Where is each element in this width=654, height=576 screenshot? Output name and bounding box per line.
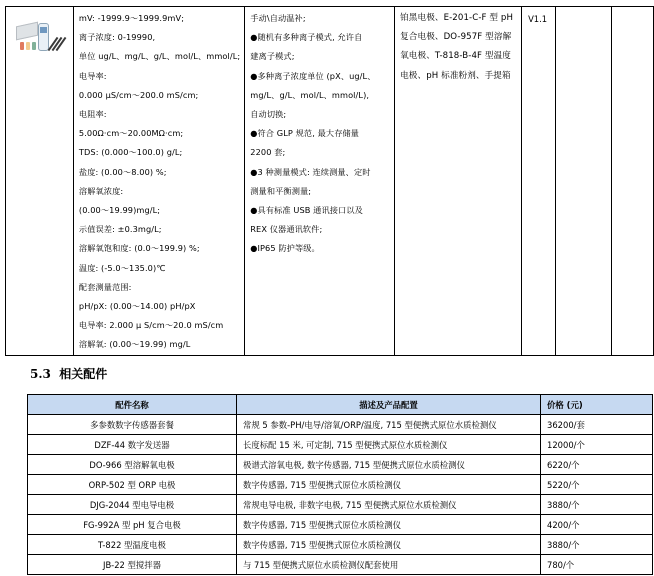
cell-description: 与 715 型便携式原位水质检测仪配套使用 xyxy=(237,555,541,575)
table-row: JB-22 型搅拌器 与 715 型便携式原位水质检测仪配套使用 780/个 xyxy=(28,555,653,575)
spec-row: mV: -1999.9～1999.9mV; 离子浓度: 0-19990, 单位 … xyxy=(6,7,654,356)
feature-line: ●多种离子浓度单位 (pX、ug/L、 xyxy=(250,67,390,86)
cell-price: 36200/套 xyxy=(541,415,653,435)
spec-table: mV: -1999.9～1999.9mV; 离子浓度: 0-19990, 单位 … xyxy=(5,6,654,356)
param-line: 配套测量范围: xyxy=(79,278,240,297)
param-line: 溶解氧: (0.00～19.99) mg/L xyxy=(79,335,240,354)
cell-price: 3880/个 xyxy=(541,535,653,555)
feature-line: ●符合 GLP 规范, 最大存储量 xyxy=(250,124,390,143)
feature-line: 自动切换; xyxy=(250,105,390,124)
param-line: (0.00～19.99)mg/L; xyxy=(79,201,240,220)
param-line: 离子浓度: 0-19990, xyxy=(79,28,240,47)
cell-name: ORP-502 型 ORP 电极 xyxy=(28,475,237,495)
section-number: 5.3 xyxy=(30,367,51,381)
feature-line: mg/L、g/L、mol/L、mmol/L), xyxy=(250,86,390,105)
version-cell: V1.1 xyxy=(522,7,556,356)
accessory-line: 氧电极、T-818-B-4F 型温度 xyxy=(400,47,517,66)
product-image-cell xyxy=(6,7,74,356)
feature-line: 建离子模式; xyxy=(250,47,390,66)
table-row: FG-992A 型 pH 复合电极 数字传感器, 715 型便携式原位水质检测仪… xyxy=(28,515,653,535)
accessory-line: 复合电极、DO-957F 型溶解 xyxy=(400,28,517,47)
table-row: DO-966 型溶解氧电极 极谱式溶氧电极, 数字传感器, 715 型便携式原位… xyxy=(28,455,653,475)
accessory-line: 电极、pH 标准粉剂、手提箱 xyxy=(400,67,517,86)
table-row: DZF-44 数字发送器 长度标配 15 米, 可定制, 715 型便携式原位水… xyxy=(28,435,653,455)
param-line: 0.000 μS/cm～200.0 mS/cm; xyxy=(79,86,240,105)
features-cell: 手动\自动温补; ●随机有多种离子模式, 允许自 建离子模式; ●多种离子浓度单… xyxy=(245,7,395,356)
cell-name: DJG-2044 型电导电极 xyxy=(28,495,237,515)
cell-description: 极谱式溶氧电极, 数字传感器, 715 型便携式原位水质检测仪 xyxy=(237,455,541,475)
parameters-cell: mV: -1999.9～1999.9mV; 离子浓度: 0-19990, 单位 … xyxy=(73,7,244,356)
cell-price: 780/个 xyxy=(541,555,653,575)
param-line: mV: -1999.9～1999.9mV; xyxy=(79,9,240,28)
cell-name: JB-22 型搅拌器 xyxy=(28,555,237,575)
version-text: V1.1 xyxy=(522,7,555,27)
feature-line: 2200 套; xyxy=(250,143,390,162)
feature-line: ●3 种测量模式: 连续测量、定时 xyxy=(250,163,390,182)
feature-line: REX 仪器通讯软件; xyxy=(250,220,390,239)
table-row: DJG-2044 型电导电极 常规电导电极, 非数字电极, 715 型便携式原位… xyxy=(28,495,653,515)
param-line: pH/pX: (0.00～14.00) pH/pX xyxy=(79,297,240,316)
param-line: 温度: (-5.0～135.0)℃ xyxy=(79,259,240,278)
included-accessories-cell: 铂黑电极、E-201-C-F 型 pH 复合电极、DO-957F 型溶解 氧电极… xyxy=(395,7,522,356)
cell-price: 4200/个 xyxy=(541,515,653,535)
accessory-line: 铂黑电极、E-201-C-F 型 pH xyxy=(400,9,517,28)
cell-name: T-822 型温度电极 xyxy=(28,535,237,555)
cell-description: 常规 5 参数-PH/电导/溶氧/ORP/温度, 715 型便携式原位水质检测仪 xyxy=(237,415,541,435)
cell-description: 数字传感器, 715 型便携式原位水质检测仪 xyxy=(237,515,541,535)
param-line: 示值误差: ±0.3mg/L; xyxy=(79,220,240,239)
cell-description: 长度标配 15 米, 可定制, 715 型便携式原位水质检测仪 xyxy=(237,435,541,455)
feature-line: ●具有标准 USB 通讯接口以及 xyxy=(250,201,390,220)
param-line: 电阻率: xyxy=(79,105,240,124)
header-description: 描述及产品配置 xyxy=(237,395,541,415)
cell-name: 多参数数字传感器套餐 xyxy=(28,415,237,435)
cell-name: DZF-44 数字发送器 xyxy=(28,435,237,455)
table-row: T-822 型温度电极 数字传感器, 715 型便携式原位水质检测仪 3880/… xyxy=(28,535,653,555)
empty-cell-1 xyxy=(555,7,611,356)
product-image xyxy=(14,20,66,56)
param-line: 盐度: (0.00～8.00) %; xyxy=(79,163,240,182)
section-title: 相关配件 xyxy=(59,367,107,381)
feature-line: ●随机有多种离子模式, 允许自 xyxy=(250,28,390,47)
accessories-table: 配件名称 描述及产品配置 价格 (元) 多参数数字传感器套餐 常规 5 参数-P… xyxy=(27,394,653,575)
cell-price: 3880/个 xyxy=(541,495,653,515)
cell-price: 5220/个 xyxy=(541,475,653,495)
cell-description: 常规电导电极, 非数字电极, 715 型便携式原位水质检测仪 xyxy=(237,495,541,515)
empty-cell-2 xyxy=(612,7,654,356)
param-line: TDS: (0.000～100.0) g/L; xyxy=(79,143,240,162)
param-line: 电导率: 2.000 μ S/cm～20.0 mS/cm xyxy=(79,316,240,335)
param-line: 电导率: xyxy=(79,67,240,86)
table-row: 多参数数字传感器套餐 常规 5 参数-PH/电导/溶氧/ORP/温度, 715 … xyxy=(28,415,653,435)
table-row: ORP-502 型 ORP 电极 数字传感器, 715 型便携式原位水质检测仪 … xyxy=(28,475,653,495)
feature-line: 手动\自动温补; xyxy=(250,9,390,28)
cell-description: 数字传感器, 715 型便携式原位水质检测仪 xyxy=(237,535,541,555)
feature-line: ●IP65 防护等级。 xyxy=(250,239,390,258)
features-list: 手动\自动温补; ●随机有多种离子模式, 允许自 建离子模式; ●多种离子浓度单… xyxy=(245,7,394,259)
cell-name: DO-966 型溶解氧电极 xyxy=(28,455,237,475)
table-header-row: 配件名称 描述及产品配置 价格 (元) xyxy=(28,395,653,415)
cell-name: FG-992A 型 pH 复合电极 xyxy=(28,515,237,535)
cell-description: 数字传感器, 715 型便携式原位水质检测仪 xyxy=(237,475,541,495)
header-name: 配件名称 xyxy=(28,395,237,415)
param-line: 溶解氧饱和度: (0.0～199.9) %; xyxy=(79,239,240,258)
param-line: 溶解氧浓度: xyxy=(79,182,240,201)
included-accessories-list: 铂黑电极、E-201-C-F 型 pH 复合电极、DO-957F 型溶解 氧电极… xyxy=(395,7,521,86)
feature-line: 测量和平衡测量; xyxy=(250,182,390,201)
cell-price: 6220/个 xyxy=(541,455,653,475)
parameters-list: mV: -1999.9～1999.9mV; 离子浓度: 0-19990, 单位 … xyxy=(74,7,244,355)
section-heading: 5.3 相关配件 xyxy=(30,365,107,382)
cell-price: 12000/个 xyxy=(541,435,653,455)
header-price: 价格 (元) xyxy=(541,395,653,415)
param-line: 5.00Ω·cm～20.00MΩ·cm; xyxy=(79,124,240,143)
param-line: 单位 ug/L、mg/L、g/L、mol/L、mmol/L; xyxy=(79,47,240,66)
